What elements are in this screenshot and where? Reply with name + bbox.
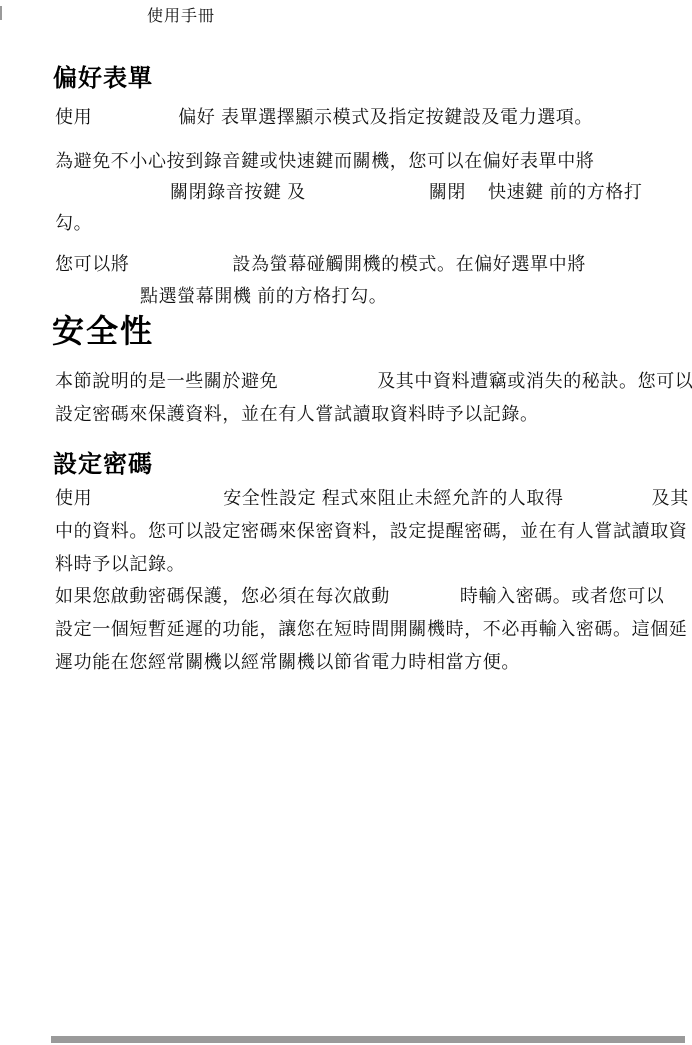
blanked-text-gap <box>92 122 178 123</box>
text-line: 關閉錄音按鍵 及關閉快速鍵 前的方格打 <box>170 180 642 205</box>
blanked-text-gap <box>466 197 488 198</box>
text-line: 料時予以記錄。 <box>55 552 185 577</box>
text-line: 點選螢幕開機 前的方格打勾。 <box>140 284 387 309</box>
text-segment: 偏好 表單選擇顯示模式及指定按鍵設及電力選項。 <box>178 107 593 127</box>
text-segment: 點選螢幕開機 前的方格打勾。 <box>140 286 387 306</box>
manual-page: 使用手冊 偏好表單 安全性 設定密碼 使用偏好 表單選擇顯示模式及指定按鍵設及電… <box>0 0 692 1045</box>
blanked-text-gap <box>564 503 652 504</box>
text-segment: 料時予以記錄。 <box>55 554 185 574</box>
text-segment: 為避免不小心按到錄音鍵或快速鍵而關機，您可以在偏好表單中將 <box>55 151 594 171</box>
text-segment: 本節說明的是一些關於避免 <box>55 371 278 391</box>
page-edge-mark <box>0 6 2 20</box>
text-segment: 使用 <box>55 107 92 127</box>
text-line: 如果您啟動密碼保護，您必須在每次啟動時輸入密碼。或者您可以 <box>55 584 664 609</box>
text-line: 使用安全性設定 程式來阻止未經允許的人取得及其 <box>55 486 689 511</box>
text-segment: 時輸入密碼。或者您可以 <box>460 586 665 606</box>
text-segment: 設為螢幕碰觸開機的模式。在偏好選單中將 <box>232 254 585 274</box>
text-line: 遲功能在您經常關機以經常關機以節省電力時相當方便。 <box>55 650 520 675</box>
text-segment: 快速鍵 前的方格打 <box>488 182 642 202</box>
text-line: 勾。 <box>55 211 92 236</box>
text-line: 設定密碼來保護資料，並在有人嘗試讀取資料時予以記錄。 <box>55 402 539 427</box>
blanked-text-gap <box>92 503 223 504</box>
text-segment: 中的資料。您可以設定密碼來保密資料，設定提醒密碼，並在有人嘗試讀取資 <box>55 521 687 541</box>
text-segment: 及其中資料遭竊或消失的秘訣。您可以 <box>377 371 692 391</box>
blanked-text-gap <box>278 386 377 387</box>
blanked-text-gap <box>306 197 429 198</box>
text-line: 中的資料。您可以設定密碼來保密資料，設定提醒密碼，並在有人嘗試讀取資 <box>55 519 687 544</box>
text-line: 本節說明的是一些關於避免及其中資料遭竊或消失的秘訣。您可以 <box>55 369 692 394</box>
heading-security: 安全性 <box>52 306 154 352</box>
page-header-title: 使用手冊 <box>147 7 215 27</box>
text-line: 設定一個短暫延遲的功能，讓您在短時間開關機時，不必再輸入密碼。這個延 <box>55 617 687 642</box>
text-segment: 如果您啟動密碼保護，您必須在每次啟動 <box>55 586 390 606</box>
text-segment: 設定一個短暫延遲的功能，讓您在短時間開關機時，不必再輸入密碼。這個延 <box>55 619 687 639</box>
text-line: 您可以將設為螢幕碰觸開機的模式。在偏好選單中將 <box>55 252 586 277</box>
blanked-text-gap <box>390 601 460 602</box>
text-segment: 遲功能在您經常關機以經常關機以節省電力時相當方便。 <box>55 652 520 672</box>
footer-bar <box>51 1036 685 1043</box>
text-line: 為避免不小心按到錄音鍵或快速鍵而關機，您可以在偏好表單中將 <box>55 149 594 174</box>
heading-preferences: 偏好表單 <box>53 58 153 93</box>
text-segment: 設定密碼來保護資料，並在有人嘗試讀取資料時予以記錄。 <box>55 404 539 424</box>
text-segment: 安全性設定 程式來阻止未經允許的人取得 <box>223 488 563 508</box>
heading-set-password: 設定密碼 <box>53 444 153 479</box>
text-segment: 關閉錄音按鍵 及 <box>170 182 306 202</box>
text-segment: 勾。 <box>55 213 92 233</box>
text-segment: 及其 <box>652 488 689 508</box>
text-segment: 您可以將 <box>55 254 129 274</box>
text-segment: 關閉 <box>429 182 466 202</box>
text-segment: 使用 <box>55 488 92 508</box>
blanked-text-gap <box>129 269 232 270</box>
text-line: 使用偏好 表單選擇顯示模式及指定按鍵設及電力選項。 <box>55 105 593 130</box>
